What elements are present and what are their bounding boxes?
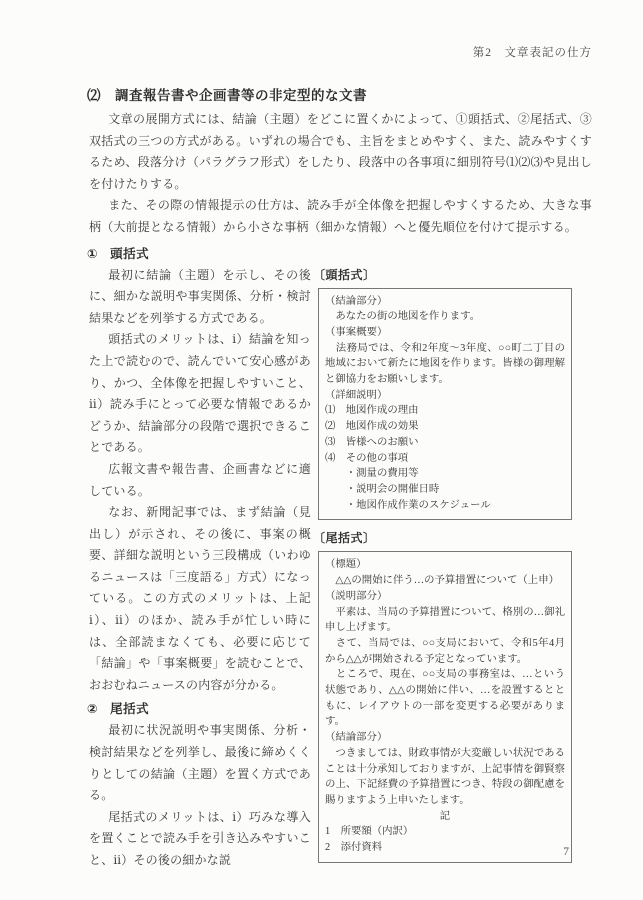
section-heading: ⑵調査報告書や企画書等の非定型的な文書 — [87, 84, 592, 104]
box-paragraph: （説明部分） — [325, 589, 565, 605]
left-column: 最初に結論（主題）を示し、その後に、細かな説明や事実関係、分析・検討結果などを列… — [89, 265, 311, 872]
paragraph: 文章の展開方式には、結論（主題）をどこに置くかによって、①頭括式、②尾括式、③双… — [89, 109, 592, 195]
box-paragraph: ところで、現在、○○支局の事務室は、…という状態であり、△△の開始に伴い、…を設… — [325, 667, 565, 730]
box-line: ⑴ 地図作成の理由 — [325, 403, 565, 419]
box-paragraph: △△の開始に伴う…の予算措置について（上申） — [325, 573, 565, 589]
box-line: （詳細説明） — [325, 388, 565, 404]
box-note-ki: 記 — [325, 809, 565, 825]
box-line: 法務局では、令和2年度～3年度、○○町二丁目の地域において新たに地図を作ります。… — [325, 341, 565, 388]
example-a-box: （結論部分） あなたの街の地図を作ります。（事案概要） 法務局では、令和2年度～… — [318, 288, 572, 521]
section-number: ⑵ — [87, 88, 101, 103]
example-b-label: 〔尾括式〕 — [313, 528, 592, 548]
section-title: 調査報告書や企画書等の非定型的な文書 — [115, 88, 367, 103]
paragraph: なお、新聞記事では、まず結論（見出し）が示され、その後に、事案の概要、詳細な説明… — [89, 502, 311, 696]
box-list-item: 2 添付資料 — [325, 840, 565, 856]
box-line: ⑶ 皆様へのお願い — [325, 435, 565, 451]
box-paragraph: 平素は、当局の予算措置について、格別の…御礼申し上げます。 — [325, 605, 565, 636]
example-b-items: 1 所要額（内訳）2 添付資料 — [325, 824, 565, 855]
right-column: 〔頭括式〕 （結論部分） あなたの街の地図を作ります。（事案概要） 法務局では、… — [311, 265, 592, 872]
page-content: ⑵調査報告書や企画書等の非定型的な文書 文章の展開方式には、結論（主題）をどこに… — [0, 84, 643, 872]
paragraph: 広報文書や報告書、企画書などに適している。 — [89, 459, 311, 502]
subsection-b-paragraphs: 最初に状況説明や事実関係、分析・検討結果などを列挙し、最後に締めくくりとしての結… — [89, 720, 311, 871]
box-list-item: 1 所要額（内訳） — [325, 824, 565, 840]
box-line: あなたの街の地図を作ります。 — [325, 309, 565, 325]
box-line: （事案概要） — [325, 325, 565, 341]
box-line: ・説明会の開催日時 — [325, 482, 565, 498]
example-a-label: 〔頭括式〕 — [313, 265, 592, 285]
box-line: ・地図作成作業のスケジュール — [325, 498, 565, 514]
box-paragraph: つきましては、財政事情が大変厳しい状況であることは十分承知しておりますが、上記事… — [325, 746, 565, 809]
box-paragraph: （標題） — [325, 557, 565, 573]
paragraph: 最初に結論（主題）を示し、その後に、細かな説明や事実関係、分析・検討結果などを列… — [89, 265, 311, 330]
subsection-a-title: 頭括式 — [110, 247, 149, 261]
subsection-b-heading: ②尾括式 — [87, 699, 311, 717]
subsection-a-heading: ①頭括式 — [87, 244, 643, 262]
subsection-a-paragraphs: 最初に結論（主題）を示し、その後に、細かな説明や事実関係、分析・検討結果などを列… — [89, 265, 311, 697]
page-number: 7 — [563, 846, 569, 858]
running-header: 第2 文章表記の仕方 — [473, 44, 592, 60]
example-a-lines: （結論部分） あなたの街の地図を作ります。（事案概要） 法務局では、令和2年度～… — [325, 294, 565, 514]
example-b-box: （標題） △△の開始に伴う…の予算措置について（上申）（説明部分） 平素は、当局… — [318, 551, 572, 862]
subsection-b-number: ② — [87, 702, 98, 716]
paragraph: 尾括式のメリットは、ⅰ）巧みな導入を置くことで読み手を引き込みやすいこと、ⅱ）そ… — [89, 807, 311, 872]
box-line: ⑷ その他の事項 — [325, 451, 565, 467]
example-b-paragraphs: （標題） △△の開始に伴う…の予算措置について（上申）（説明部分） 平素は、当局… — [325, 557, 565, 808]
two-column-area: 最初に結論（主題）を示し、その後に、細かな説明や事実関係、分析・検討結果などを列… — [89, 265, 592, 872]
paragraph: 最初に状況説明や事実関係、分析・検討結果などを列挙し、最後に締めくくりとしての結… — [89, 720, 311, 806]
box-line: ・測量の費用等 — [325, 466, 565, 482]
document-page: 第2 文章表記の仕方 ⑵調査報告書や企画書等の非定型的な文書 文章の展開方式には… — [0, 0, 643, 900]
box-paragraph: さて、当局では、○○支局において、令和5年4月から△△が開始される予定となってい… — [325, 636, 565, 667]
subsection-a-number: ① — [87, 247, 98, 261]
subsection-b-title: 尾括式 — [110, 702, 149, 716]
box-line: （結論部分） — [325, 294, 565, 310]
intro-paragraphs: 文章の展開方式には、結論（主題）をどこに置くかによって、①頭括式、②尾括式、③双… — [89, 109, 592, 239]
box-line: ⑵ 地図作成の効果 — [325, 419, 565, 435]
paragraph: 頭括式のメリットは、ⅰ）結論を知った上で読むので、読んでいて安心感があり、かつ、… — [89, 329, 311, 459]
box-paragraph: （結論部分） — [325, 730, 565, 746]
paragraph: また、その際の情報提示の仕方は、読み手が全体像を把握しやすくするため、大きな事柄… — [89, 195, 592, 238]
